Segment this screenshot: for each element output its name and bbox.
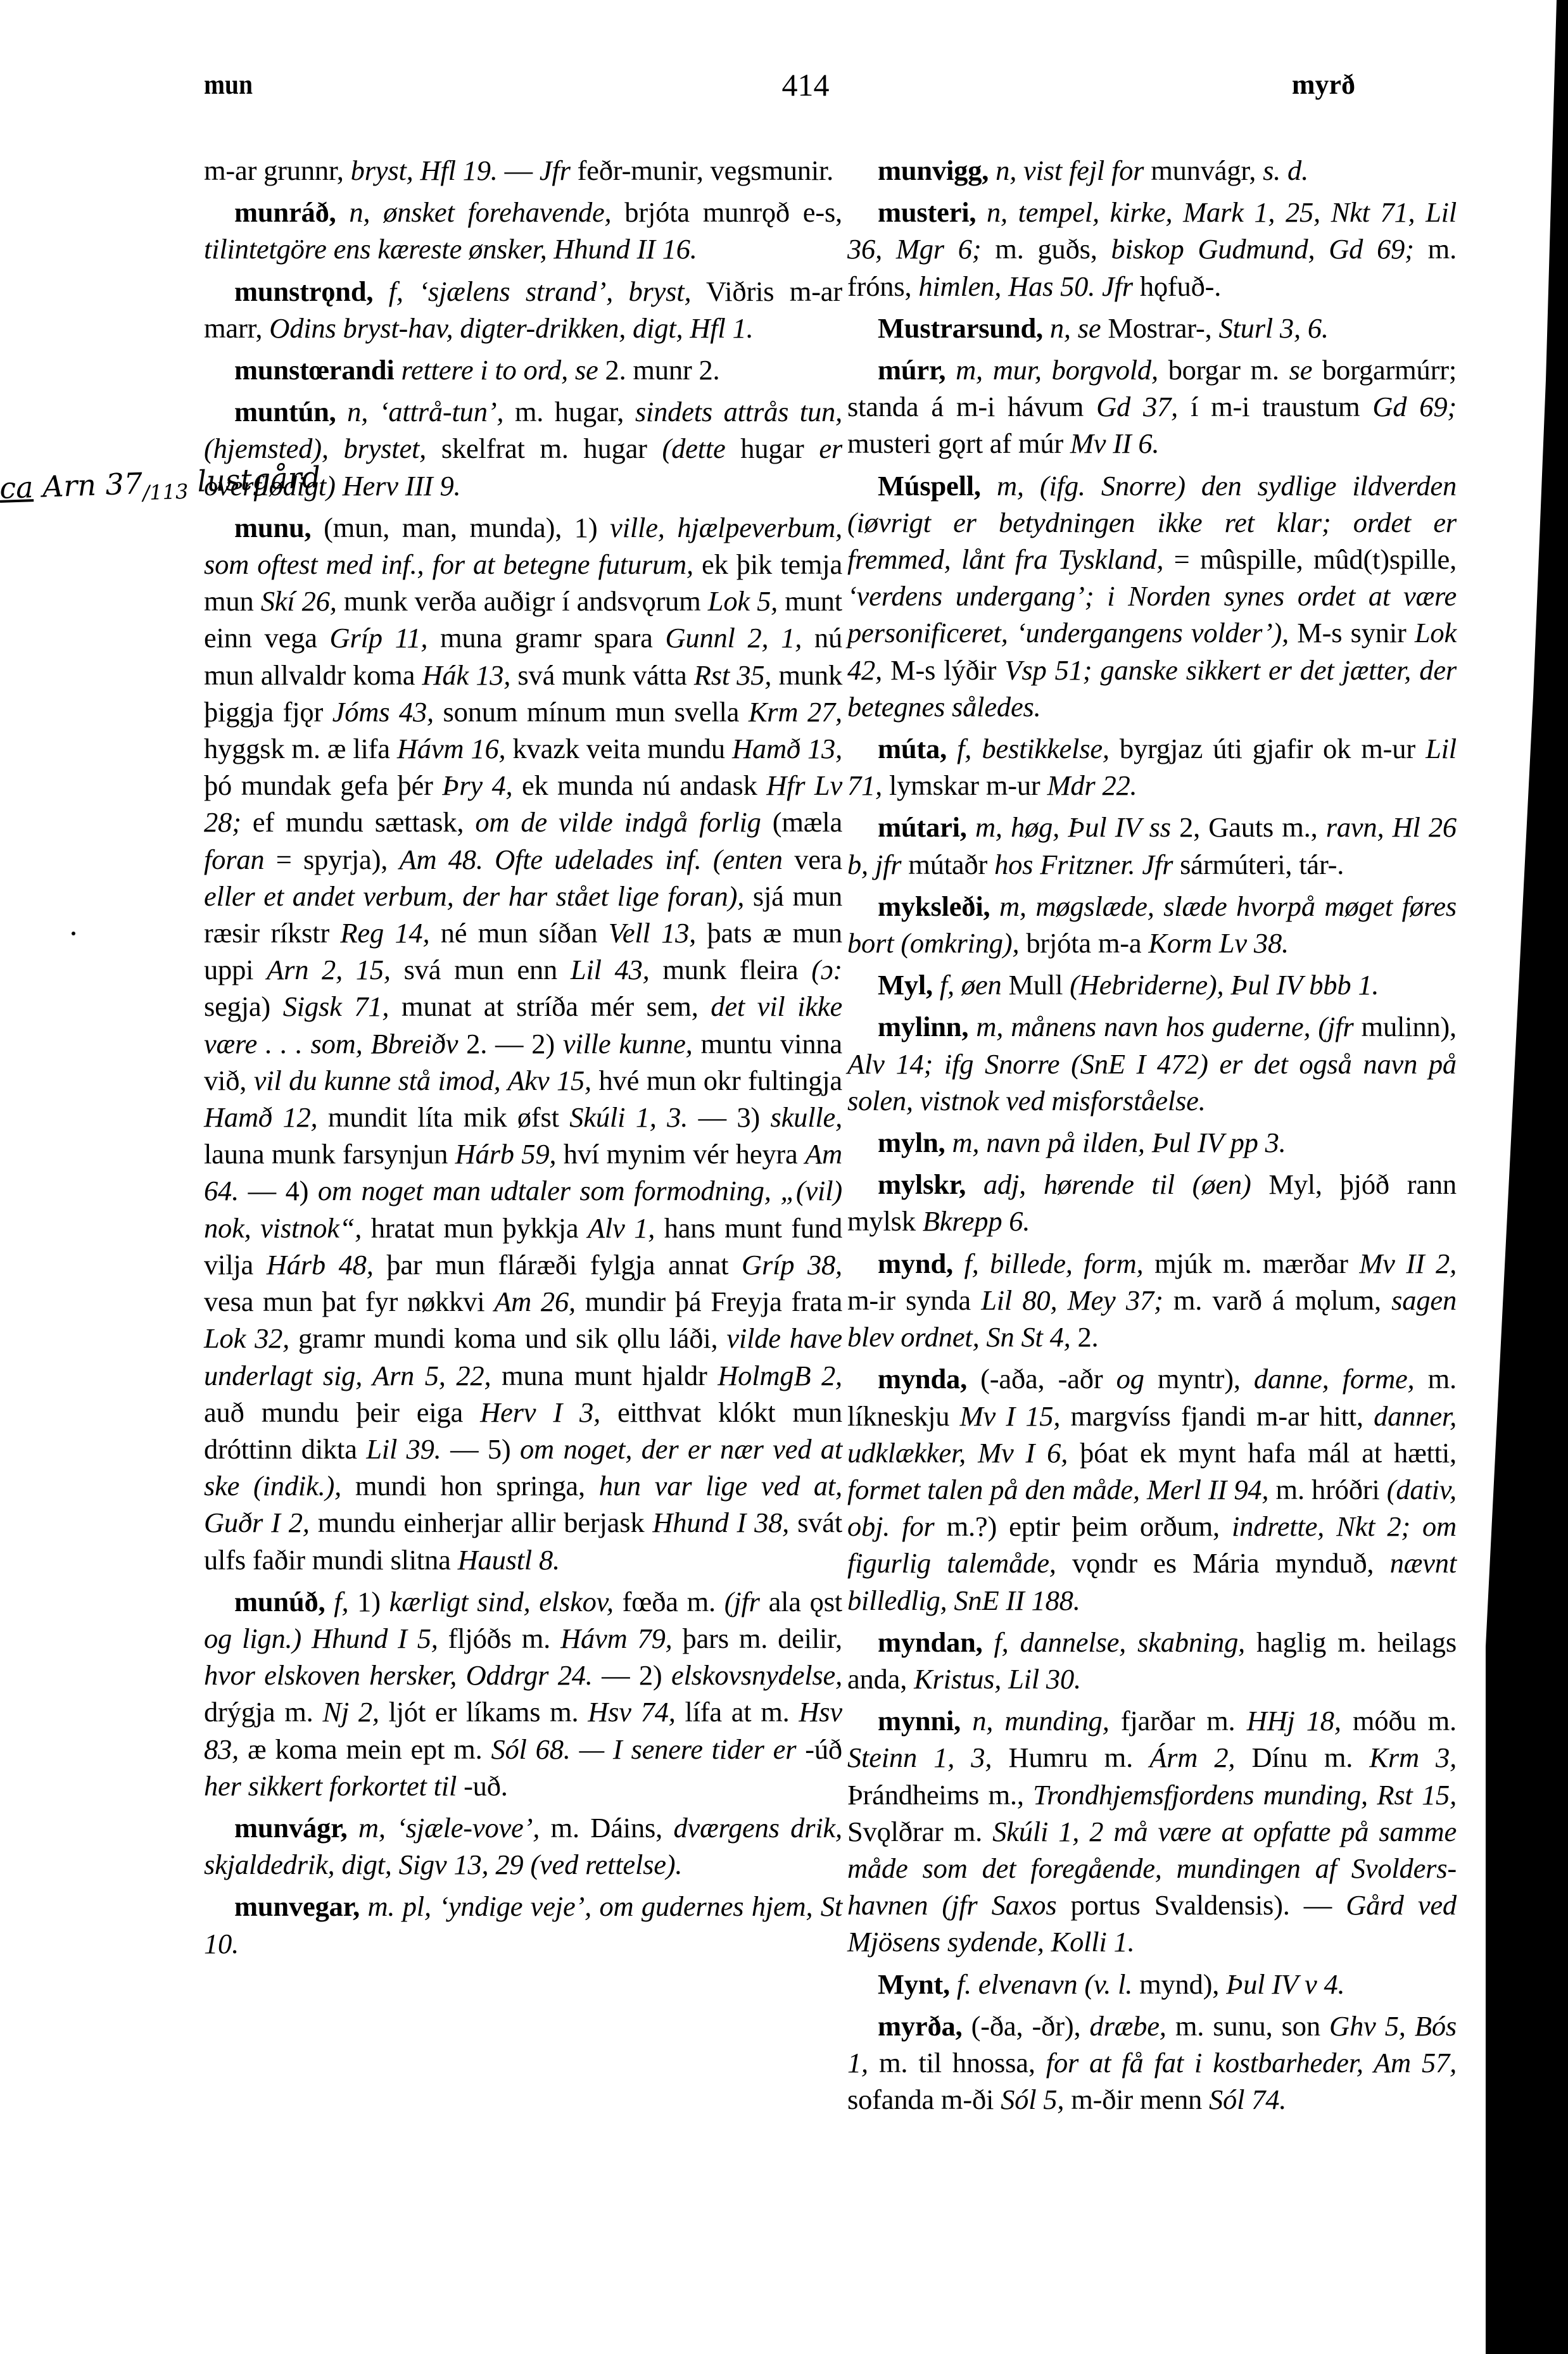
entry-text: — (498, 155, 540, 186)
dictionary-entry: munstrǫnd, f, ‘sjælens strand’, bryst, V… (204, 273, 842, 346)
entry-italic-text: Sól 74. (1209, 2084, 1286, 2115)
entry-italic-text: kærligt sind, elskov, (389, 1586, 614, 1617)
entry-text: hví mynim vér heyra (556, 1138, 805, 1170)
entry-italic-text: (Hebriderne), Þul IV bbb 1. (1070, 969, 1379, 1001)
entry-italic-text: Lok 5, (708, 585, 778, 617)
entry-text: -úð (796, 1733, 842, 1765)
entry-text: brjóta munrǫð e-s, (611, 196, 842, 228)
entry-italic-text: (dette (662, 433, 725, 464)
entry-italic-text: m, navn på ilden, Þul IV pp 3. (952, 1127, 1286, 1158)
entry-italic-text: Gd 69; (1372, 391, 1457, 422)
entry-italic-text: Hávm 16, (397, 733, 506, 764)
entry-text: Þrándheims m., (847, 1779, 1033, 1811)
scanned-page-edge-shadow (1486, 0, 1568, 2354)
entry-text: 2. — 2) (458, 1028, 563, 1060)
entry-text (968, 1011, 976, 1042)
entry-italic-text: bryst, Hfl 19. (351, 155, 498, 186)
entry-text (983, 1626, 994, 1658)
entry-italic-text: Gríp 11, (330, 622, 428, 654)
entry-text (373, 275, 388, 307)
entry-headword: munvegar, (234, 1890, 360, 1922)
entry-text: vera (783, 844, 842, 875)
entry-italic-text: Hávm 79, (560, 1623, 672, 1654)
handwritten-marginal-note: ca Arn 37/113 lustgård (0, 464, 217, 535)
entry-italic-text: Alv 1, (588, 1212, 655, 1244)
entry-text: mundi hon springa, (341, 1470, 599, 1502)
entry-headword: munvigg, (878, 155, 989, 186)
entry-text: þars m. deilir, (673, 1623, 842, 1654)
entry-italic-text: Skí 26, (261, 585, 337, 617)
entry-italic-text: hvor elskoven hersker, Oddrgr 24. (204, 1659, 593, 1691)
entry-text: myntr), (1144, 1363, 1254, 1395)
entry-text: musteri gǫrt af múr (847, 427, 1070, 459)
entry-text (947, 733, 957, 764)
entry-text (967, 811, 975, 843)
entry-headword: myln, (878, 1127, 945, 1158)
left-column: m-ar grunnr, bryst, Hfl 19. — Jfr feðr-m… (204, 152, 842, 1967)
entry-text: þóat ek mynt hafa mál at hætti, (1068, 1437, 1457, 1469)
entry-text: muna gramr spara (427, 622, 665, 654)
entry-italic-text: foran (204, 844, 264, 875)
entry-text: munat at stríða mér sem, (389, 990, 711, 1022)
entry-text: m. til hnossa, (868, 2047, 1046, 2079)
entry-italic-text: Þul IV v 4. (1226, 1968, 1344, 2000)
entry-headword: múrr, (878, 354, 945, 386)
entry-italic-text: tilintetgöre ens kæreste ønsker, Hhund I… (204, 233, 697, 265)
entry-italic-text: Kristus, Lil 30. (914, 1663, 1081, 1695)
entry-headword: múta, (878, 733, 947, 764)
entry-text: m. hróðri (1268, 1474, 1386, 1505)
entry-headword: Mynt, (878, 1968, 950, 2000)
dictionary-entry: m-ar grunnr, bryst, Hfl 19. — Jfr feðr-m… (204, 152, 842, 189)
entry-text (950, 1968, 957, 2000)
entry-text: mulinn), (1354, 1011, 1457, 1042)
entry-italic-text: formet talen på den måde, Merl II 94, (847, 1474, 1268, 1505)
entry-italic-text: ville kunne, (563, 1028, 693, 1060)
entry-text: — 2) (593, 1659, 671, 1691)
entry-italic-text: Steinn 1, 3, (847, 1742, 992, 1773)
entry-text: muna munt hjaldr (491, 1360, 718, 1391)
entry-italic-text: Odins bryst-hav, digter-drikken, digt, H… (269, 312, 753, 344)
entry-italic-text: m, ‘sjæle-vove’, (358, 1812, 540, 1844)
entry-text (961, 1705, 972, 1737)
entry-text: 1) (348, 1586, 389, 1617)
entry-italic-text: Gd 37, (1096, 391, 1178, 422)
entry-italic-text: Arn 2, 15, (267, 954, 391, 985)
entry-italic-text: HolmgB 2, (718, 1360, 842, 1391)
entry-italic-text: hos Fritzner. Jfr (994, 849, 1173, 880)
entry-text: M-s lýðir (882, 654, 1004, 686)
entry-text: -uð. (457, 1770, 508, 1802)
entry-text (989, 155, 996, 186)
entry-italic-text: Mdr 22. (1047, 769, 1137, 801)
entry-headword: munvágr, (234, 1812, 348, 1844)
entry-text: — 3) (688, 1101, 770, 1133)
entry-text: brjóta m-a (1019, 927, 1148, 959)
entry-text: móðu m. (1341, 1705, 1457, 1737)
entry-text (348, 1812, 358, 1844)
entry-headword: musteri, (878, 196, 976, 228)
entry-text: m-ir synda (847, 1284, 981, 1316)
entry-italic-text: Krm 3, (1369, 1742, 1457, 1773)
entry-italic-text: om de vilde indgå forlig (475, 806, 761, 838)
entry-italic-text: Hárb 48, (267, 1249, 374, 1281)
entry-italic-text: danne, forme, (1254, 1363, 1415, 1395)
entry-text: m-ðir menn (1064, 2084, 1209, 2115)
entry-italic-text: Sturl 3, 6. (1218, 312, 1328, 344)
entry-text (953, 1248, 964, 1279)
entry-italic-text: eller et andet verbum, der har stået lig… (204, 880, 744, 912)
entry-text: í m-i traustum (1178, 391, 1372, 422)
entry-text: mundit líta mik øfst (317, 1101, 569, 1133)
left-guide-word: mun (204, 68, 253, 101)
entry-italic-text: biskop Gudmund, Gd 69; (1111, 233, 1414, 265)
entry-italic-text: (jfr (724, 1586, 760, 1617)
entry-text (395, 354, 401, 386)
entry-headword: munráð, (234, 196, 336, 228)
dictionary-entry: múrr, m, mur, borgvold, borgar m. se bor… (847, 351, 1457, 462)
entry-text: m. varð á mǫlum, (1163, 1284, 1392, 1316)
entry-italic-text: Korm Lv 38. (1148, 927, 1289, 959)
entry-text: sármúteri, tár-. (1173, 849, 1344, 880)
dictionary-entry: munráð, n, ønsket forehavende, brjóta mu… (204, 194, 842, 267)
entry-text: (-ða, -ðr), (963, 2010, 1090, 2042)
entry-italic-text: f. elvenavn (v. l. (957, 1968, 1132, 2000)
entry-text: mundu einherjar allir berjask (310, 1507, 653, 1538)
entry-text: né mun síðan (429, 917, 608, 949)
entry-text: Svǫlðrar m. (847, 1816, 992, 1847)
entry-italic-text: Hsv 74, (588, 1696, 675, 1728)
entry-italic-text: Þry 4, (442, 769, 512, 801)
dictionary-entry: munúð, f, 1) kærligt sind, elskov, fœða … (204, 1583, 842, 1804)
entry-headword: munstœrandi (234, 354, 395, 386)
entry-text (945, 1127, 952, 1158)
entry-text: m. guðs, (981, 233, 1111, 265)
entry-italic-text: Hhund I 38, (652, 1507, 789, 1538)
dictionary-entry: mylinn, m, månens navn hos guderne, (jfr… (847, 1008, 1457, 1119)
dictionary-entry: myln, m, navn på ilden, Þul IV pp 3. (847, 1124, 1457, 1161)
entry-italic-text: (ɔ: (811, 954, 842, 985)
entry-italic-text: Krm 27, (749, 696, 842, 728)
entry-italic-text: f, øen (940, 969, 1002, 1001)
entry-text: Humru m. (992, 1742, 1149, 1773)
entry-italic-text: Jóms 43, (332, 696, 434, 728)
entry-text: (-aða, -aðr (967, 1363, 1116, 1395)
entry-italic-text: rettere i to ord, se (401, 354, 598, 386)
dictionary-page: mun 414 myrð ca Arn 37/113 lustgård m-ar… (0, 0, 1568, 2354)
dictionary-entry: mynda, (-aða, -aðr og myntr), danne, for… (847, 1360, 1457, 1618)
entry-text: portus Svaldensis). — (1056, 1889, 1346, 1921)
entry-headword: mynd, (878, 1248, 953, 1279)
entry-text: hǫfuð-. (1133, 270, 1221, 302)
entry-italic-text: n, munding, (972, 1705, 1109, 1737)
entry-italic-text: m, månens navn hos guderne, (jfr (976, 1011, 1353, 1042)
entry-italic-text: skulle, (770, 1101, 842, 1133)
entry-text: = mûspille, mûd(t)spille, (1163, 543, 1457, 575)
entry-text: launa munk farsynjun (204, 1138, 455, 1170)
entry-text: 2. munr 2. (598, 354, 720, 386)
entry-italic-text: Hárb 59, (455, 1138, 557, 1170)
entry-text (1043, 312, 1050, 344)
right-column: munvigg, n, vist fejl for munvágr, s. d.… (847, 152, 1457, 2123)
entry-italic-text: her sikkert forkortet til (204, 1770, 457, 1802)
entry-text: m.?) eptir þeim orðum, (935, 1510, 1232, 1542)
entry-headword: mylskr, (878, 1168, 966, 1200)
entry-text: munk fleira (650, 954, 812, 985)
entry-italic-text: himlen, Has 50. Jfr (918, 270, 1133, 302)
entry-italic-text: Lil 43, (571, 954, 650, 985)
dictionary-entry: mylskr, adj, hørende til (øen) Myl, þjóð… (847, 1166, 1457, 1239)
entry-italic-text: Alv 14; ifg Snorre (SnE I 472) er det og… (847, 1048, 1457, 1117)
dictionary-entry: Múspell, m, (ifg. Snorre) den sydlige il… (847, 467, 1457, 725)
entry-headword: munstrǫnd, (234, 275, 373, 307)
entry-italic-text: f, billede, form, (964, 1248, 1143, 1279)
dictionary-entry: Mynt, f. elvenavn (v. l. mynd), Þul IV v… (847, 1966, 1457, 2003)
entry-italic-text: Lok 32, (204, 1322, 289, 1354)
entry-text: 2. (1071, 1321, 1099, 1353)
entry-italic-text: Sigsk 71, (283, 990, 389, 1022)
entry-italic-text: n, vist fejl for (996, 155, 1144, 186)
entry-text: munk verða auðigr í andsvǫrum (337, 585, 708, 617)
entry-text: hyggsk m. æ lifa (204, 733, 397, 764)
entry-italic-text: Gunnl 2, 1, (665, 622, 802, 654)
entry-italic-text: og lign.) Hhund I 5, (204, 1623, 438, 1654)
dictionary-entry: myrða, (-ða, -ðr), dræbe, m. sunu, son G… (847, 2008, 1457, 2118)
entry-text: borgar m. (1158, 354, 1289, 386)
dictionary-entry: munvegar, m. pl, ‘yndige veje’, om guder… (204, 1888, 842, 1961)
entry-text: — 5) (441, 1433, 520, 1465)
entry-text: þar mun fláræði fylgja annat (374, 1249, 742, 1281)
entry-headword: myksleði, (878, 890, 990, 922)
entry-text: svá munk vátta (510, 659, 694, 691)
entry-text: feðr-munir, vegsmunir. (571, 155, 833, 186)
entry-italic-text: adj, hørende til (øen) (983, 1168, 1251, 1200)
entry-italic-text: vil du kunne stå imod, Akv 15, (254, 1065, 591, 1096)
entry-text: (mun, man, munda), 1) (311, 512, 610, 543)
entry-text: m. Dáins, (540, 1812, 673, 1844)
entry-text (336, 396, 348, 427)
entry-italic-text: Herv I 3, (480, 1396, 600, 1428)
entry-text: ek munda nú andask (512, 769, 766, 801)
entry-text: fœða m. (614, 1586, 724, 1617)
entry-italic-text: Hamð 13, (732, 733, 842, 764)
entry-text: 2, Gauts m., (1171, 811, 1326, 843)
entry-italic-text: Am 26, (494, 1286, 576, 1317)
entry-italic-text: se (1289, 354, 1313, 386)
entry-italic-text: Lil 80, Mey 37; (981, 1284, 1163, 1316)
entry-text: lymskar m-ur (882, 769, 1047, 801)
entry-text: gramr mundi koma und sik ǫllu láði, (289, 1322, 726, 1354)
entry-text: munvágr, (1144, 155, 1263, 186)
entry-italic-text: Bkrepp 6. (923, 1205, 1030, 1237)
entry-italic-text: Rst 35, (694, 659, 771, 691)
entry-text: sonum mínum mun svella (434, 696, 749, 728)
marginal-note-reference: Arn 37 (42, 466, 143, 503)
entry-text: mjúk m. mærðar (1143, 1248, 1359, 1279)
entry-headword: Mustrarsund, (878, 312, 1043, 344)
dictionary-entry: musteri, n, tempel, kirke, Mark 1, 25, N… (847, 194, 1457, 305)
entry-text (326, 1586, 334, 1617)
dictionary-entry: Myl, f, øen Mull (Hebriderne), Þul IV bb… (847, 966, 1457, 1003)
entry-italic-text: Haustl 8. (458, 1544, 560, 1576)
dictionary-entry: munstœrandi rettere i to ord, se 2. munr… (204, 351, 842, 388)
entry-text: mútaðr (901, 849, 994, 880)
entry-text: segja) (204, 990, 283, 1022)
entry-text: sofanda m-ði (847, 2084, 1001, 2115)
entry-headword: munu, (234, 512, 311, 543)
entry-text: Dínu m. (1235, 1742, 1369, 1773)
entry-text: m. hugar, (503, 396, 635, 427)
entry-text: (mæla (761, 806, 842, 838)
entry-italic-text: Reg 14, (340, 917, 429, 949)
entry-italic-text: Skúli 1, 3. (569, 1101, 688, 1133)
entry-text: m. sunu, son (1167, 2010, 1329, 2042)
entry-italic-text: n, ‘attrå-tun’, (347, 396, 503, 427)
entry-text: lífa at m. (676, 1696, 799, 1728)
entry-italic-text: n, ønsket forehavende, (349, 196, 611, 228)
dictionary-entry: Mustrarsund, n, se Mostrar-, Sturl 3, 6. (847, 310, 1457, 346)
entry-text: — 4) (239, 1175, 318, 1206)
entry-italic-text: Hamð 12, (204, 1101, 317, 1133)
entry-italic-text: elskovsnydelse, (671, 1659, 842, 1691)
entry-headword: Múspell, (878, 470, 981, 502)
entry-text (336, 196, 350, 228)
entry-headword: munúð, (234, 1586, 326, 1617)
dictionary-entry: muntún, n, ‘attrå-tun’, m. hugar, sindet… (204, 393, 842, 504)
entry-italic-text: f, bestikkelse, (957, 733, 1110, 764)
entry-headword: mynni, (878, 1705, 961, 1737)
dictionary-entry: mútari, m, høg, Þul IV ss 2, Gauts m., r… (847, 809, 1457, 882)
entry-text: svá mun enn (391, 954, 571, 985)
marginal-note-prefix: ca (0, 470, 34, 505)
entry-headword: myrða, (878, 2010, 963, 2042)
entry-headword: mútari, (878, 811, 967, 843)
entry-italic-text: Lil 39. (366, 1433, 441, 1465)
marginal-note-fraction: /113 (142, 479, 189, 505)
entry-text (981, 470, 997, 502)
entry-text (976, 196, 987, 228)
entry-text: hratat mun þykkja (362, 1212, 588, 1244)
stray-mark (72, 932, 75, 935)
entry-italic-text: Hák 13, (422, 659, 510, 691)
entry-text: mynd), (1132, 1968, 1226, 2000)
dictionary-entry: mynni, n, munding, fjarðar m. HHj 18, mó… (847, 1702, 1457, 1960)
dictionary-entry: múta, f, bestikkelse, byrgjaz úti gjafir… (847, 730, 1457, 804)
entry-italic-text: Mv I 15, (960, 1400, 1061, 1432)
entry-text: Mostrar-, (1101, 312, 1218, 344)
entry-text: = spyrja), (264, 844, 399, 875)
entry-italic-text: for at få fat i kostbarheder, Am 57, (1046, 2047, 1457, 2079)
entry-text (990, 890, 999, 922)
entry-text: ala ǫst (760, 1586, 842, 1617)
entry-italic-text: Am 48. Ofte udelades inf. (enten (399, 844, 782, 875)
entry-headword: Myl, (878, 969, 933, 1001)
entry-italic-text: Vell 13, (609, 917, 696, 949)
dictionary-entry: mynd, f, billede, form, mjúk m. mærðar M… (847, 1245, 1457, 1356)
entry-text: hugar (726, 433, 819, 464)
entry-text: margvíss fjandi m-ar hitt, (1060, 1400, 1374, 1432)
entry-italic-text: n, se (1050, 312, 1101, 344)
dictionary-entry: munvigg, n, vist fejl for munvágr, s. d. (847, 152, 1457, 189)
entry-italic-text: s. d. (1263, 155, 1308, 186)
entry-italic-text: f, dannelse, skabning, (994, 1626, 1246, 1658)
entry-headword: muntún, (234, 396, 336, 427)
dictionary-entry: myksleði, m, møgslæde, slæde hvorpå møge… (847, 888, 1457, 961)
entry-text: byrgjaz úti gjafir ok m-ur (1110, 733, 1426, 764)
entry-text: ljót er líkams m. (379, 1696, 588, 1728)
dictionary-entry: munu, (mun, man, munda), 1) ville, hjælp… (204, 509, 842, 1578)
entry-text: Mull (1002, 969, 1070, 1001)
entry-text: auð mundu þeir eiga (204, 1396, 480, 1428)
entry-text: ef mundu sættask, (241, 806, 476, 838)
entry-text: m-ar grunnr, (204, 155, 351, 186)
entry-italic-text: dræbe, (1090, 2010, 1167, 2042)
entry-headword: myndan, (878, 1626, 983, 1658)
entry-text: vesa mun þat fyr nøkkvi (204, 1286, 494, 1317)
entry-text: skelfrat m. hugar (426, 433, 662, 464)
entry-italic-text: m, mur, borgvold, (956, 354, 1158, 386)
dictionary-entry: munvágr, m, ‘sjæle-vove’, m. Dáins, dvær… (204, 1809, 842, 1883)
entry-text: þó mundak gefa þér (204, 769, 442, 801)
entry-italic-text: f, (334, 1586, 348, 1617)
right-guide-word: myrð (1286, 68, 1355, 101)
entry-text (945, 354, 956, 386)
entry-italic-text: Mv II 6. (1070, 427, 1159, 459)
entry-headword: mynda, (878, 1363, 967, 1395)
entry-text: M-s synir (1289, 617, 1415, 649)
entry-italic-text: Sól 5, (1001, 2084, 1064, 2115)
entry-text: fjarðar m. (1110, 1705, 1247, 1737)
entry-italic-text: m, høg, Þul IV ss (975, 811, 1171, 843)
entry-italic-text: Sól 68. — I senere tider er (491, 1733, 796, 1765)
entry-text: kvazk veita mundu (505, 733, 732, 764)
entry-text: vǫndr es Mária mynduð, (1056, 1547, 1390, 1579)
entry-text: drýgja m. (204, 1696, 322, 1728)
entry-headword: mylinn, (878, 1011, 968, 1042)
entry-text: mundir þá Freyja frata (576, 1286, 842, 1317)
dictionary-entry: myndan, f, dannelse, skabning, haglig m.… (847, 1624, 1457, 1697)
entry-text (360, 1890, 367, 1922)
entry-text: æ koma mein ept m. (239, 1733, 491, 1765)
entry-italic-text: Trondhjemsfjordens munding, Rst 15, (1033, 1779, 1457, 1811)
entry-text: hvé mun okr fultingja (591, 1065, 842, 1096)
page-number: 414 (768, 68, 844, 101)
entry-italic-text: Nj 2, (322, 1696, 379, 1728)
entry-text: fljóðs m. (438, 1623, 560, 1654)
entry-italic-text: og (1116, 1363, 1144, 1395)
entry-italic-text: Mv II 2, (1359, 1248, 1457, 1279)
entry-text (933, 969, 940, 1001)
entry-italic-text: Árm 2, (1149, 1742, 1235, 1773)
entry-italic-text: Jfr (540, 155, 571, 186)
entry-italic-text: f, ‘sjælens strand’, bryst, (389, 275, 692, 307)
entry-italic-text: Gríp 38, (742, 1249, 842, 1281)
entry-italic-text: HHj 18, (1247, 1705, 1341, 1737)
entry-text (966, 1168, 983, 1200)
